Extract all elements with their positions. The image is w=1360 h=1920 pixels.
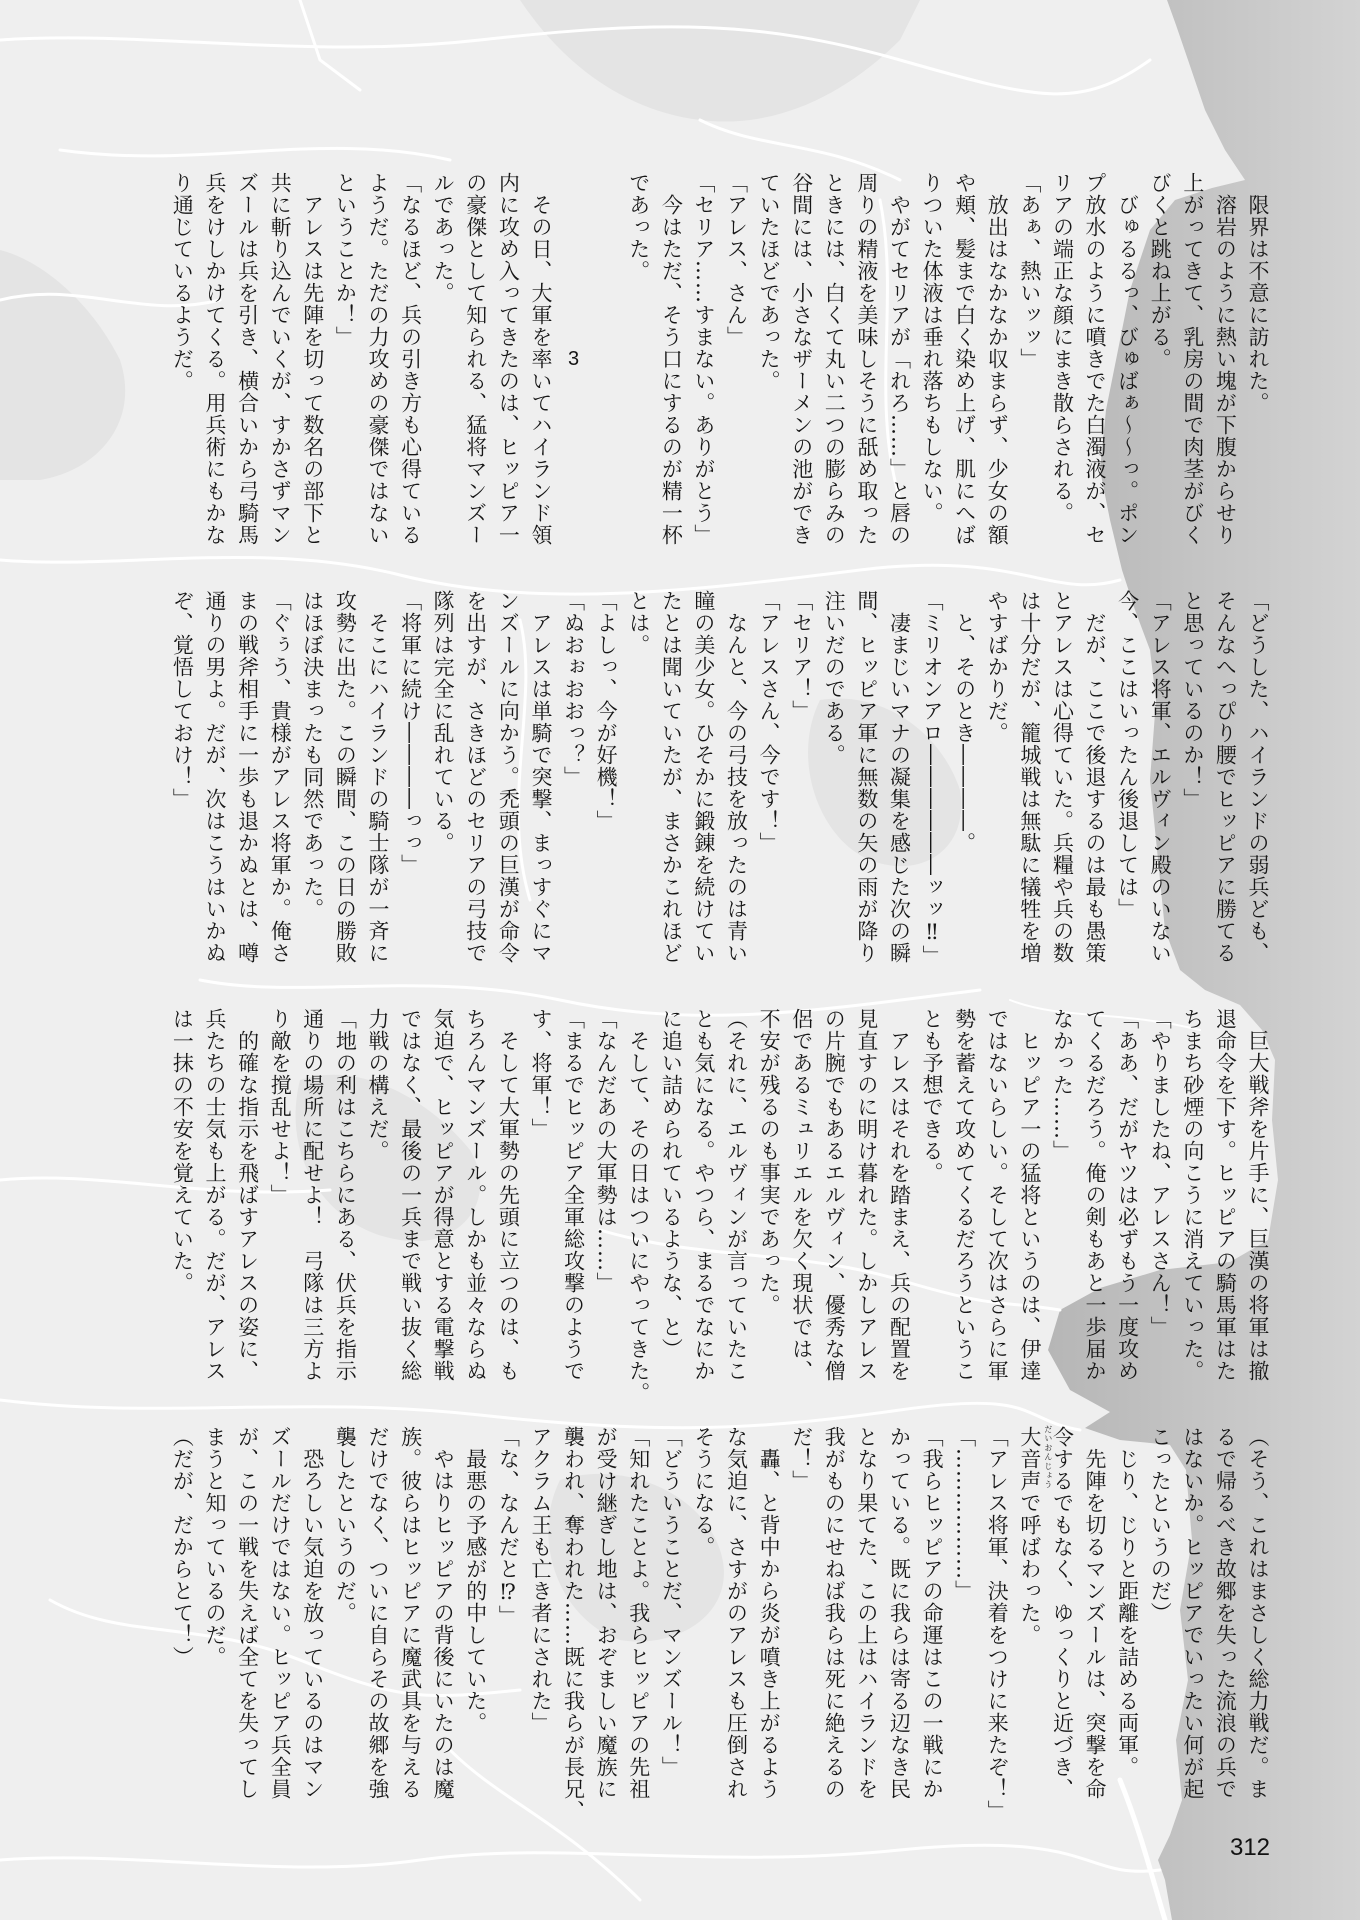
text-line: だが、ここで後退するのは最も愚策 — [1078, 590, 1111, 964]
text-line: 「あぁ、熱いッッ」 — [1013, 172, 1046, 546]
text-line: 巨大戦斧を片手に、巨漢の将軍は撤 — [1241, 1008, 1274, 1382]
text-line: 的確な指示を飛ばすアレスの姿に、 — [231, 1008, 264, 1382]
section-number: 3 — [563, 349, 585, 369]
text-line: 谷間には、小さなザーメンの池ができ — [785, 172, 818, 546]
text-line: 「なんだあの大軍勢は……」 — [590, 1008, 623, 1382]
text-line: 「知れたことよ。我らヒッピアの先祖 — [622, 1426, 655, 1800]
text-line: はほぼ決まったも同然であった。 — [296, 590, 329, 964]
text-line: 兵たちの士気も上がる。だが、アレス — [198, 1008, 231, 1382]
text-block-1: 限界は不意に訪れた。 溶岩のように熱い塊が下腹からせり 上がってきて、乳房の間で… — [165, 172, 1274, 546]
text-line: 放出はなかなか収まらず、少女の額 — [981, 172, 1014, 546]
text-line: 勢を蓄えて攻めてくるだろうというこ — [948, 1008, 981, 1382]
text-line: 襲われ、奪われた……既に我らが長兄、 — [557, 1426, 590, 1800]
text-line: 「………………」 — [948, 1426, 981, 1800]
text-line: 「将軍に続け――――っっ」 — [394, 590, 427, 964]
text-line: そこにハイランドの騎士隊が一斉に — [361, 590, 394, 964]
text-line: 退命令を下す。ヒッピアの騎馬軍はた — [1209, 1008, 1242, 1382]
text-line: 我がものにせねば我らは死に絶えるの — [818, 1426, 851, 1800]
text-line: 「ぐぅう、貴様がアレス将軍か。俺さ — [264, 590, 297, 964]
text-block-3: 巨大戦斧を片手に、巨漢の将軍は撤 退命令を下す。ヒッピアの騎馬軍はた ちまち砂煙… — [165, 1008, 1274, 1382]
text-line: そして、その日はついにやってきた。 — [622, 1008, 655, 1382]
text-line: 最悪の予感が的中していた。 — [459, 1426, 492, 1800]
text-line: そうになる。 — [687, 1426, 720, 1800]
ruby-line-rest: で呼ばわった。 — [1018, 1492, 1042, 1646]
text-line: 上がってきて、乳房の間で肉茎がびく — [1176, 172, 1209, 546]
text-line: 「我らヒッピアの命運はこの一戦にか — [915, 1426, 948, 1800]
blank-line — [590, 172, 623, 546]
text-line: 気迫で、ヒッピアが得意とする電撃戦 — [427, 1008, 460, 1382]
text-line: 恐ろしい気迫を放っているのはマン — [296, 1426, 329, 1800]
text-line: の片腕でもあるエルヴィン、優秀な僧 — [818, 1008, 851, 1382]
text-line: 兵をけしかけてくる。用兵術にもかな — [198, 172, 231, 546]
text-line: まうと知っているのだ。 — [198, 1426, 231, 1800]
text-line: 限界は不意に訪れた。 — [1241, 172, 1274, 546]
text-line: やはりヒッピアの背後にいたのは魔 — [427, 1426, 460, 1800]
text-line: ズールは兵を引き、横合いから弓騎馬 — [231, 172, 264, 546]
text-line: そして大軍勢の先頭に立つのは、も — [492, 1008, 525, 1382]
text-line: す、将軍！」 — [524, 1008, 557, 1382]
text-line: ということか！」 — [329, 172, 362, 546]
text-line: を出すが、さきほどのセリアの弓技で — [459, 590, 492, 964]
text-line: やがてセリアが「れろ……」と唇の — [883, 172, 916, 546]
text-line: じり、じりと距離を詰める両軍。 — [1111, 1426, 1144, 1800]
text-line: たとは聞いていたが、まさかこれほど — [655, 590, 688, 964]
text-line: やすばかりだ。 — [981, 590, 1014, 964]
text-line: 「まるでヒッピア全軍総攻撃のようで — [557, 1008, 590, 1382]
text-line: 「ミリオンアロ――――――ッッ‼」 — [915, 590, 948, 964]
text-block-4: （そう、これはまさしく総力戦だ。ま るで帰るべき故郷を失った流浪の兵で はないか… — [165, 1426, 1274, 1800]
text-line: ちまち砂煙の向こうに消えていった。 — [1176, 1008, 1209, 1382]
text-line: アレスは先陣を切って数名の部下と — [296, 172, 329, 546]
text-line: 見直すのに明け暮れた。しかしアレス — [850, 1008, 883, 1382]
text-line: アレスは単騎で突撃、まっすぐにマ — [524, 590, 557, 964]
text-line: 瞳の美少女。ひそかに鍛錬を続けてい — [687, 590, 720, 964]
text-line: が、この一戦を失えば全てを失ってし — [231, 1426, 264, 1800]
text-line: 「やりましたね、アレスさん！」 — [1144, 1008, 1177, 1382]
text-line: 「どうした、ハイランドの弱兵ども、 — [1241, 590, 1274, 964]
text-line: が受け継ぎし地は、おぞましい魔族に — [590, 1426, 623, 1800]
text-line: 共に斬り込んでいくが、すかさずマン — [264, 172, 297, 546]
text-line: ヒッピア一の猛将というのは、伊達 — [1013, 1008, 1046, 1382]
text-line: の豪傑として知られる、猛将マンズー — [459, 172, 492, 546]
text-line: るで帰るべき故郷を失った流浪の兵で — [1209, 1426, 1242, 1800]
text-line: 「どういうことだ、マンズール！」 — [655, 1426, 688, 1800]
text-line: 周りの精液を美味しそうに舐め取った — [850, 172, 883, 546]
text-line: 間、ヒッピア軍に無数の矢の雨が降り — [850, 590, 883, 964]
text-line: とアレスは心得ていた。兵糧や兵の数 — [1046, 590, 1079, 964]
text-block-2: 「どうした、ハイランドの弱兵ども、 そんなへっぴり腰でヒッピアに勝てる と思って… — [165, 590, 1274, 964]
text-line: （それに、エルヴィンが言っていたこ — [720, 1008, 753, 1382]
text-line: 「地の利はこちらにある、伏兵を指示 — [329, 1008, 362, 1382]
text-line: 今、ここはいったん後退しては」 — [1111, 590, 1144, 964]
text-line: アクラム王も亡き者にされた」 — [524, 1426, 557, 1800]
section-heading: 3 — [557, 172, 590, 546]
text-line: 先陣を切るマンズールは、突撃を命 — [1078, 1426, 1111, 1800]
text-line: 溶岩のように熱い塊が下腹からせり — [1209, 172, 1242, 546]
text-line: 侶であるミュリエルを欠く現状では、 — [785, 1008, 818, 1382]
text-line: その日、大軍を率いてハイランド領 — [524, 172, 557, 546]
text-line: なんと、今の弓技を放ったのは青い — [720, 590, 753, 964]
text-line: ンズールに向かう。禿頭の巨漢が命令 — [492, 590, 525, 964]
text-line: 攻勢に出た。この瞬間、この日の勝敗 — [329, 590, 362, 964]
text-line: は十分だが、籠城戦は無駄に犠牲を増 — [1013, 590, 1046, 964]
text-line: とは。 — [622, 590, 655, 964]
text-line: り通じているようだ。 — [166, 172, 199, 546]
text-line: に追い詰められているような、と） — [655, 1008, 688, 1382]
text-line: な気迫に、さすがのアレスも圧倒され — [720, 1426, 753, 1800]
text-line: 「なるほど、兵の引き方も心得ている — [394, 172, 427, 546]
text-line: や頬、髪まで白く染め上げ、肌にへば — [948, 172, 981, 546]
text-line: ときには、白くて丸い二つの膨らみの — [818, 172, 851, 546]
text-line: ぞ、覚悟しておけ！」 — [166, 590, 199, 964]
text-line: であった。 — [622, 172, 655, 546]
text-line: （だが、だからとて！） — [166, 1426, 199, 1800]
text-line: 内に攻め入ってきたのは、ヒッピア一 — [492, 172, 525, 546]
text-line: だ！」 — [785, 1426, 818, 1800]
text-line: ようだ。ただの力攻めの豪傑ではない — [361, 172, 394, 546]
text-line: こったというのだ） — [1144, 1426, 1177, 1800]
ruby-base-wrap: 大音声だいおんじょう — [1018, 1426, 1042, 1492]
text-line: はないか。ヒッピアでいったい何が起 — [1176, 1426, 1209, 1800]
text-line: まの戦斧相手に一歩も退かぬとは、噂 — [231, 590, 264, 964]
text-line: びゅるるっ、びゅばぁ〜〜っ。ポン — [1111, 172, 1144, 546]
text-line: （そう、これはまさしく総力戦だ。ま — [1241, 1426, 1274, 1800]
text-line: だけでなく、ついに自らその故郷を強 — [361, 1426, 394, 1800]
text-line: ズールだけではない。ヒッピア兵全員 — [264, 1426, 297, 1800]
text-line: 襲したというのだ。 — [329, 1426, 362, 1800]
text-line: 力戦の構えだ。 — [361, 1008, 394, 1382]
text-line: 「セリア！」 — [785, 590, 818, 964]
text-line: てくるだろう。俺の剣もあと一歩届か — [1078, 1008, 1111, 1382]
text-line: 族。彼らはヒッピアに魔武具を与える — [394, 1426, 427, 1800]
text-line: プ放水のように噴きでた白濁液が、セ — [1078, 172, 1111, 546]
text-line: と思っているのか！」 — [1176, 590, 1209, 964]
text-line: と、そのとき――――。 — [948, 590, 981, 964]
text-line: ルであった。 — [427, 172, 460, 546]
text-line: ではないらしい。そして次はさらに軍 — [981, 1008, 1014, 1382]
text-line: 隊列は完全に乱れている。 — [427, 590, 460, 964]
text-line: そんなへっぴり腰でヒッピアに勝てる — [1209, 590, 1242, 964]
text-line: ではなく、最後の一兵まで戦い抜く総 — [394, 1008, 427, 1382]
text-line: 「アレス、さん」 — [720, 172, 753, 546]
text-line: となり果てた、この上はハイランドを — [850, 1426, 883, 1800]
text-line: 「アレス将軍、エルヴィン殿のいない — [1144, 590, 1177, 964]
text-line: かっている。既に我らは寄る辺なき民 — [883, 1426, 916, 1800]
text-line: 不安が残るのも事実であった。 — [753, 1008, 786, 1382]
text-line: 通りの男よ。だが、次はこうはいかぬ — [198, 590, 231, 964]
text-line: ていたほどであった。 — [753, 172, 786, 546]
page-number: 312 — [1220, 1836, 1280, 1860]
text-line: 注いだのである。 — [818, 590, 851, 964]
text-line: 通りの場所に配せよ！ 弓隊は三方よ — [296, 1008, 329, 1382]
text-line: びくと跳ね上がる。 — [1144, 172, 1177, 546]
text-line: 今はただ、そう口にするのが精一杯 — [655, 172, 688, 546]
text-line: 「な、なんだと⁉」 — [492, 1426, 525, 1800]
text-line: 「アレスさん、今です！」 — [753, 590, 786, 964]
text-line: 「セリア……すまない。ありがとう」 — [687, 172, 720, 546]
text-line: なかった……」 — [1046, 1008, 1079, 1382]
text-line: 凄まじいマナの凝集を感じた次の瞬 — [883, 590, 916, 964]
ruby-reading: だいおんじょう — [1043, 1425, 1053, 1493]
text-line: 「アレス将軍、決着をつけに来たぞ！」 — [981, 1426, 1014, 1800]
text-line: アレスはそれを踏まえ、兵の配置を — [883, 1008, 916, 1382]
text-line: 「ぬおぉおおっ？」 — [557, 590, 590, 964]
text-line-with-ruby: 大音声だいおんじょうで呼ばわった。 — [1013, 1426, 1046, 1800]
text-line: 「ああ、だがヤツは必ずもう一度攻め — [1111, 1008, 1144, 1382]
text-line: りついた体液は垂れ落ちもしない。 — [915, 172, 948, 546]
text-line: 轟、と背中から炎が噴き上がるよう — [753, 1426, 786, 1800]
ruby-base: 大音声 — [1018, 1426, 1042, 1492]
text-line: リアの端正な顔にまき散らされる。 — [1046, 172, 1079, 546]
text-line: ちろんマンズール。しかも並々ならぬ — [459, 1008, 492, 1382]
text-line: 「よしっ、今が好機！」 — [590, 590, 623, 964]
text-line: とも予想できる。 — [915, 1008, 948, 1382]
text-line: は一抹の不安を覚えていた。 — [166, 1008, 199, 1382]
text-line: とも気になる。やつら、まるでなにか — [687, 1008, 720, 1382]
text-line: り敵を撹乱せよ！」 — [264, 1008, 297, 1382]
